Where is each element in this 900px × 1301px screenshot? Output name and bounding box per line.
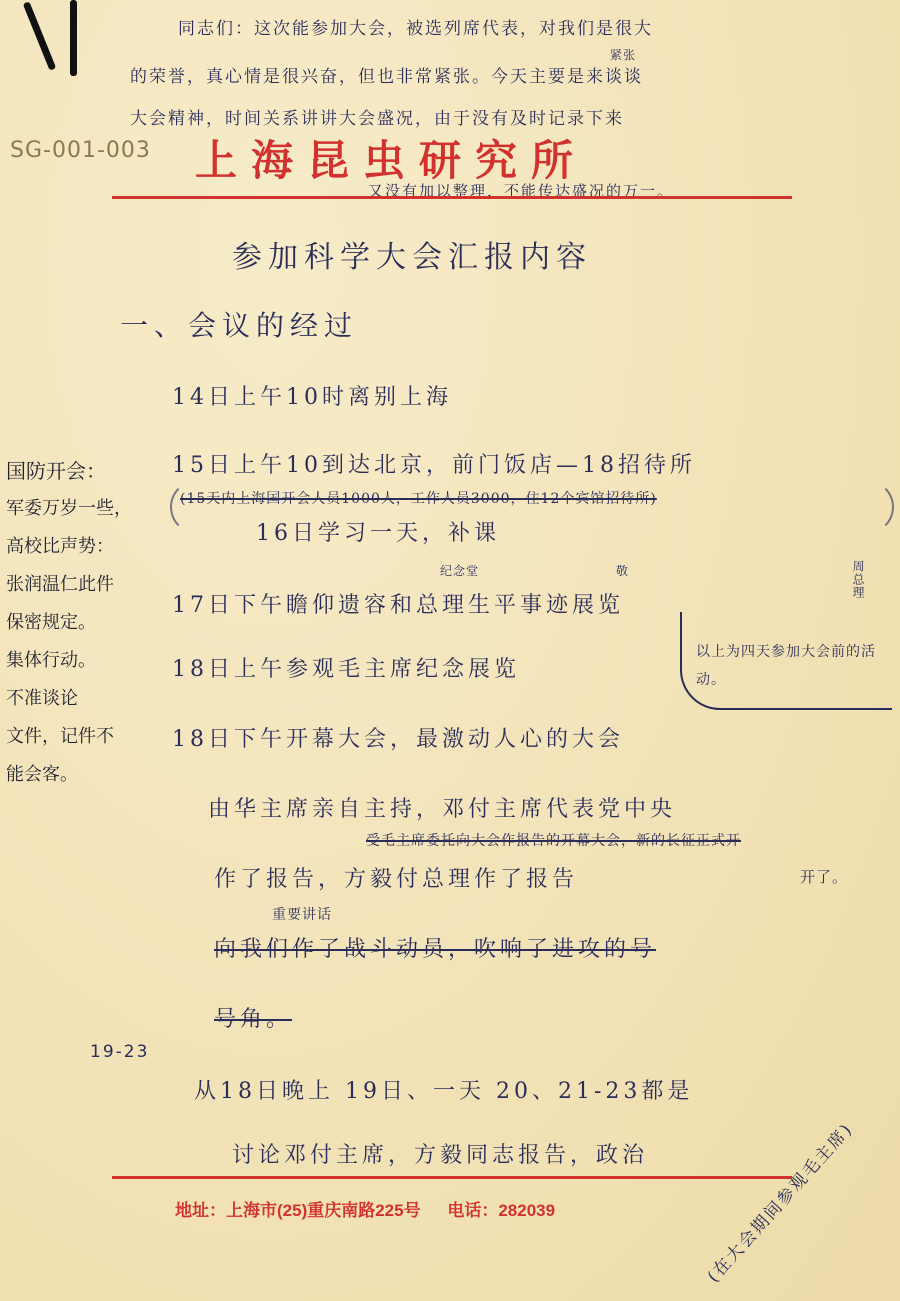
entry-struck-lodging: (15天内上海国开会人员1000人，工作人员3000，住12个宾馆招待所) xyxy=(180,488,657,508)
margin-notes-heading: 国防开会： xyxy=(6,452,166,490)
entry-17th: 17日下午瞻仰遗容和总理生平事迹展览 xyxy=(172,588,624,619)
insertion-important-speech: 重要讲话 xyxy=(272,904,332,924)
entry-reports-trailing: 开了。 xyxy=(800,866,848,887)
evening-margin-dates: 19-23 xyxy=(90,1042,149,1062)
scanned-document-page: SG-001-003 同志们：这次能参加大会，被选列席代表，对我们是很大 紧张 … xyxy=(0,0,900,1301)
entry-18th-morning: 18日上午参观毛主席纪念展览 xyxy=(172,652,520,683)
letterhead-bottom-rule xyxy=(112,1176,792,1179)
entry-16th: 16日学习一天，补课 xyxy=(256,516,500,547)
evening-line: 从18日晚上 19日、一天 20、21-23都是 xyxy=(194,1074,693,1105)
entry-reports: 作了报告，方毅付总理作了报告 xyxy=(214,862,578,893)
preface-insertion: 紧张 xyxy=(610,46,636,63)
preface-line-2: 的荣誉，真心情是很兴奋，但也非常紧张。今天主要是来谈谈 xyxy=(130,62,643,87)
margin-note-line: 文件，记件不 xyxy=(6,718,166,756)
tally-mark-slanted xyxy=(23,1,56,70)
archive-id: SG-001-003 xyxy=(10,138,151,163)
margin-note-line: 军委万岁一些， xyxy=(6,490,166,528)
margin-note-line: 不准谈论 xyxy=(6,680,166,718)
section-1-heading: 一、会议的经过 xyxy=(120,304,358,344)
insertion-memorial-hall: 纪念堂 xyxy=(440,562,479,579)
tally-mark-vertical xyxy=(70,0,77,76)
margin-note-line: 保密规定。 xyxy=(6,604,166,642)
entry-15th: 15日上午10到达北京，前门饭店—18招待所 xyxy=(172,448,696,479)
margin-note-line: 张润温仁此件 xyxy=(6,566,166,604)
margin-notes: 国防开会： 军委万岁一些， 高校比声势： 张润温仁此件 保密规定。 集体行动。 … xyxy=(6,452,166,794)
entry-struck-horn: 号角。 xyxy=(214,1002,292,1033)
bracket-note: 以上为四天参加大会前的活动。 xyxy=(696,638,876,694)
letterhead-top-rule xyxy=(112,196,792,199)
margin-note-line: 高校比声势： xyxy=(6,528,166,566)
preface-line-1: 同志们：这次能参加大会，被选列席代表，对我们是很大 xyxy=(178,14,653,39)
entry-struck-opening: 受毛主席委托向大会作报告的开幕大会，新的长征正式开 xyxy=(366,830,741,850)
insertion-respect: 敬 xyxy=(616,562,629,579)
final-line: 讨论邓付主席，方毅同志报告，政治 xyxy=(232,1138,648,1169)
entry-18th-afternoon: 18日下午开幕大会，最激动人心的大会 xyxy=(172,722,624,753)
letterhead-institution-name: 上海昆虫研究所 xyxy=(195,128,587,188)
preface-line-3: 大会精神，时间关系讲讲大会盛况，由于没有及时记录下来 xyxy=(130,104,624,129)
letterhead-footer: 地址：上海市(25)重庆南路225号 电话：282039 xyxy=(175,1196,577,1221)
entry-14th: 14日上午10时离别上海 xyxy=(172,380,452,411)
margin-note-line: 能会客。 xyxy=(6,756,166,794)
entry-chaired-by: 由华主席亲自主持，邓付主席代表党中央 xyxy=(208,792,676,823)
footer-address: 地址：上海市(25)重庆南路225号 xyxy=(175,1201,421,1220)
insertion-premier: 周总理 xyxy=(850,560,867,599)
rotated-note: (在大会期间参观毛主席) xyxy=(700,1116,857,1287)
report-title: 参加科学大会汇报内容 xyxy=(232,232,592,276)
margin-note-line: 集体行动。 xyxy=(6,642,166,680)
entry-struck-mobilization: 向我们作了战斗动员，吹响了进攻的号 xyxy=(214,932,656,963)
footer-phone: 电话：282039 xyxy=(447,1201,555,1220)
